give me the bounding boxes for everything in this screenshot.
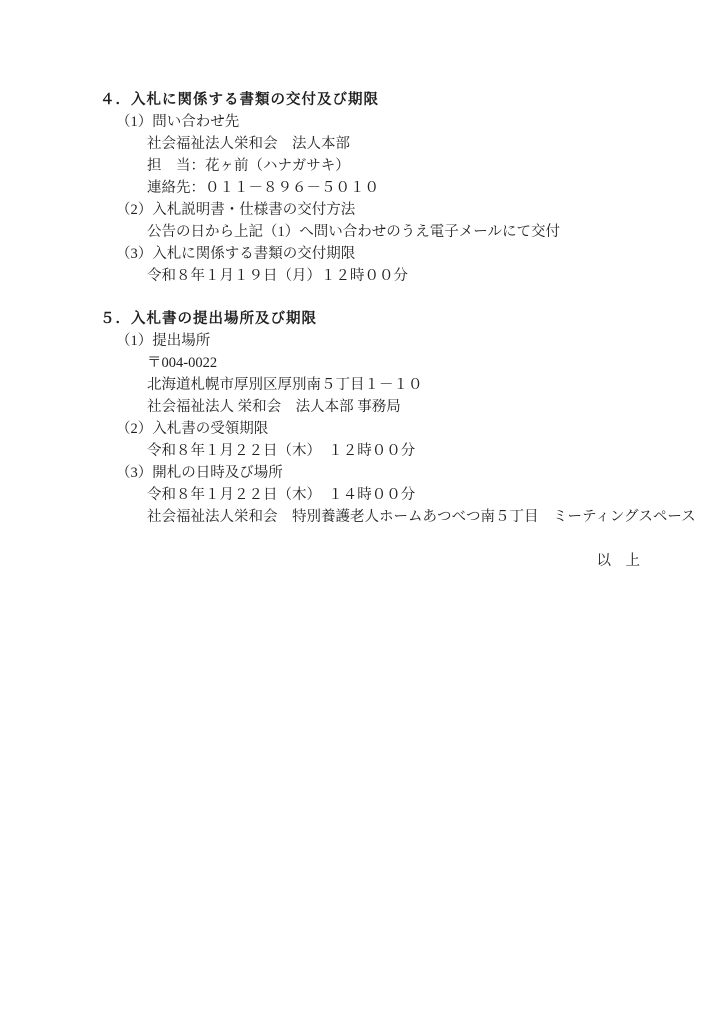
item-label: （1）問い合わせ先 xyxy=(100,111,640,133)
item-line: 〒004-0022 xyxy=(100,352,640,374)
item-label: （3）入札に関係する書類の交付期限 xyxy=(100,243,640,265)
item-line: 北海道札幌市厚別区厚別南５丁目１－１０ xyxy=(100,374,640,396)
section-4-item-3: （3）入札に関係する書類の交付期限 令和８年１月１９日（月）１２時００分 xyxy=(100,243,640,287)
item-line: 社会福祉法人栄和会 特別養護老人ホームあつべつ南５丁目 ミーティングスペース xyxy=(100,506,640,528)
item-label: （2）入札説明書・仕様書の交付方法 xyxy=(100,199,640,221)
item-line: 社会福祉法人栄和会 法人本部 xyxy=(100,133,640,155)
section-5-item-1: （1）提出場所 〒004-0022 北海道札幌市厚別区厚別南５丁目１－１０ 社会… xyxy=(100,330,640,418)
section-heading: ４．入札に関係する書類の交付及び期限 xyxy=(100,89,640,111)
section-5-item-2: （2）入札書の受領期限 令和８年１月２２日（木） １２時００分 xyxy=(100,418,640,462)
item-line: 令和８年１月２２日（木） １４時００分 xyxy=(100,484,640,506)
item-line: 令和８年１月２２日（木） １２時００分 xyxy=(100,440,640,462)
closing-label: 以 上 xyxy=(100,550,640,572)
item-label: （1）提出場所 xyxy=(100,330,640,352)
item-label: （2）入札書の受領期限 xyxy=(100,418,640,440)
section-4-bid-documents: ４．入札に関係する書類の交付及び期限 （1）問い合わせ先 社会福祉法人栄和会 法… xyxy=(100,89,640,287)
section-5-item-3: （3）開札の日時及び場所 令和８年１月２２日（木） １４時００分 社会福祉法人栄… xyxy=(100,462,640,528)
item-line: 連絡先：０１１－８９６－５０１０ xyxy=(100,177,640,199)
section-5-bid-submission: ５．入札書の提出場所及び期限 （1）提出場所 〒004-0022 北海道札幌市厚… xyxy=(100,308,640,528)
item-line: 担 当：花ヶ前（ハナガサキ） xyxy=(100,155,640,177)
item-label: （3）開札の日時及び場所 xyxy=(100,462,640,484)
section-heading: ５．入札書の提出場所及び期限 xyxy=(100,308,640,330)
document-content: ４．入札に関係する書類の交付及び期限 （1）問い合わせ先 社会福祉法人栄和会 法… xyxy=(0,0,724,572)
item-line: 社会福祉法人 栄和会 法人本部 事務局 xyxy=(100,396,640,418)
item-line: 公告の日から上記（1）へ問い合わせのうえ電子メールにて交付 xyxy=(100,221,640,243)
item-line: 令和８年１月１９日（月）１２時００分 xyxy=(100,265,640,287)
section-4-item-2: （2）入札説明書・仕様書の交付方法 公告の日から上記（1）へ問い合わせのうえ電子… xyxy=(100,199,640,243)
section-4-item-1: （1）問い合わせ先 社会福祉法人栄和会 法人本部 担 当：花ヶ前（ハナガサキ） … xyxy=(100,111,640,199)
document-page: ４．入札に関係する書類の交付及び期限 （1）問い合わせ先 社会福祉法人栄和会 法… xyxy=(0,0,724,1024)
